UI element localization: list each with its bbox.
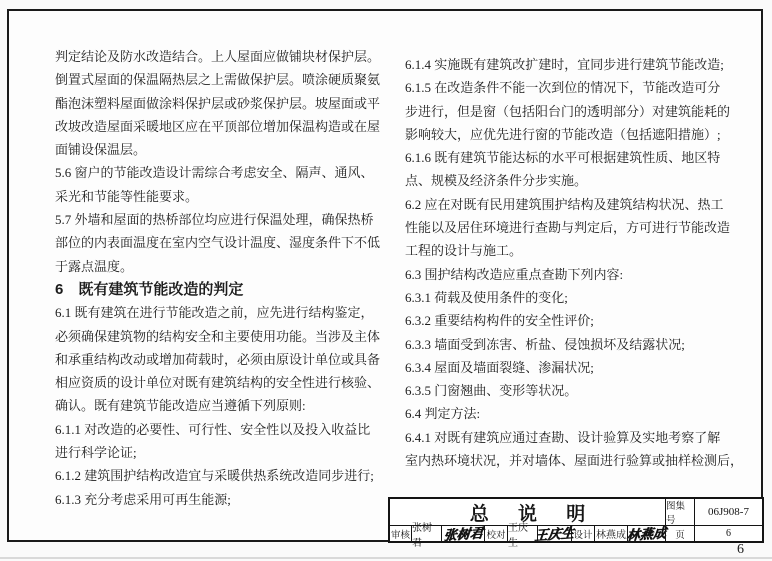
proofreader-label: 校对 [485, 526, 508, 541]
text-line: 改坡改造屋面采暖地区应在平顶部位增加保温构造或在屋 [55, 115, 380, 138]
text-line: 于露点温度。 [55, 255, 380, 278]
designer-name: 林燕成 [595, 526, 628, 541]
reviewer-name: 张树君 [412, 526, 442, 541]
designer-label: 设计 [572, 526, 595, 541]
text-line: 工程的设计与施工。 [405, 239, 743, 262]
section-heading: 6 既有建筑节能改造的判定 [55, 278, 380, 301]
atlas-number-value: 06J908-7 [695, 499, 762, 525]
text-line: 室内热环境状况，并对墙体、屋面进行验算或抽样检测后， [405, 449, 743, 472]
text-line: 6.3.3 墙面受到冻害、析盐、侵蚀损坏及结露状况; [405, 333, 743, 356]
title-block-top-row: 总 说 明 图集号 06J908-7 [390, 499, 762, 526]
designer-signature: 林燕成 [628, 526, 666, 541]
text-line: 性能以及居住环境进行查勘与判定后，方可进行节能改造 [405, 216, 743, 239]
text-line: 6.3.4 屋面及墙面裂缝、渗漏状况; [405, 356, 743, 379]
title-block-bottom-row: 审核 张树君 张树君 校对 王庆生 王庆生 设计 林燕成 林燕成 页 6 [390, 526, 762, 541]
right-text-column: 6.1.4 实施既有建筑改扩建时，宜同步进行建筑节能改造; 6.1.5 在改造条… [405, 53, 743, 472]
text-line: 确认。既有建筑节能改造应当遵循下列原则: [55, 394, 380, 417]
text-line: 6.3.2 重要结构构件的安全性评价; [405, 309, 743, 332]
text-line: 6.1.5 在改造条件不能一次到位的情况下，节能改造可分 [405, 76, 743, 99]
text-line: 点、规模及经济条件分步实施。 [405, 169, 743, 192]
text-line: 6.1.4 实施既有建筑改扩建时，宜同步进行建筑节能改造; [405, 53, 743, 76]
text-line: 6.1.2 建筑围护结构改造宜与采暖供热系统改造同步进行; [55, 464, 380, 487]
text-line: 6.3.1 荷载及使用条件的变化; [405, 286, 743, 309]
text-line: 5.6 窗户的节能改造设计需综合考虑安全、隔声、通风、 [55, 161, 380, 184]
text-line: 部位的内表面温度在室内空气设计温度、湿度条件下不低 [55, 231, 380, 254]
text-line: 6.1.1 对改造的必要性、可行性、安全性以及投入收益比 [55, 418, 380, 441]
text-line: 影响较大，应优先进行窗的节能改造（包括遮阳措施）; [405, 123, 743, 146]
page-label: 页 [666, 526, 695, 541]
text-line: 6.1 既有建筑在进行节能改造之前，应先进行结构鉴定， [55, 301, 380, 324]
signature-scribble: 张树君 [442, 523, 484, 544]
text-line: 6.1.6 既有建筑节能达标的水平可根据建筑性质、地区特 [405, 146, 743, 169]
text-line: 6.3 围护结构改造应重点查勘下列内容: [405, 263, 743, 286]
proofreader-signature: 王庆生 [538, 526, 572, 541]
text-line: 步进行，但是窗（包括阳台门的透明部分）对建筑能耗的 [405, 100, 743, 123]
text-line: 相应资质的设计单位对既有建筑结构的安全性进行核验、 [55, 371, 380, 394]
scan-edge-line [0, 557, 772, 559]
corner-page-number: 6 [737, 542, 744, 558]
text-line: 5.7 外墙和屋面的热桥部位均应进行保温处理，确保热桥 [55, 208, 380, 231]
text-line: 6.1.3 充分考虑采用可再生能源; [55, 488, 380, 511]
text-line: 判定结论及防水改造结合。上人屋面应做铺块材保护层。 [55, 45, 380, 68]
left-text-column: 判定结论及防水改造结合。上人屋面应做铺块材保护层。 倒置式屋面的保温隔热层之上需… [55, 45, 380, 511]
text-line: 倒置式屋面的保温隔热层之上需做保护层。喷涂硬质聚氨 [55, 68, 380, 91]
signature-scribble: 王庆生 [534, 523, 576, 544]
text-line: 必须确保建筑物的结构安全和主要使用功能。当涉及主体 [55, 325, 380, 348]
text-line: 6.2 应在对既有民用建筑围护结构及建筑结构状况、热工 [405, 193, 743, 216]
text-line: 和承重结构改动或增加荷载时，必须由原设计单位或具备 [55, 348, 380, 371]
page-number-value: 6 [695, 526, 762, 541]
text-line: 酯泡沫塑料屋面做涂料保护层或砂浆保护层。坡屋面或平 [55, 92, 380, 115]
text-line: 面铺设保温层。 [55, 138, 380, 161]
text-line: 6.4.1 对既有建筑应通过查勘、设计验算及实地考察了解 [405, 426, 743, 449]
signature-scribble: 林燕成 [626, 523, 668, 544]
atlas-number-label: 图集号 [666, 499, 695, 525]
text-line: 6.3.5 门窗翘曲、变形等状况。 [405, 379, 743, 402]
title-block: 总 说 明 图集号 06J908-7 审核 张树君 张树君 校对 王庆生 王庆生… [388, 497, 764, 543]
text-line: 进行科学论证; [55, 441, 380, 464]
reviewer-label: 审核 [390, 526, 412, 541]
text-line: 6.4 判定方法: [405, 402, 743, 425]
text-line: 采光和节能等性能要求。 [55, 185, 380, 208]
reviewer-signature: 张树君 [442, 526, 485, 541]
